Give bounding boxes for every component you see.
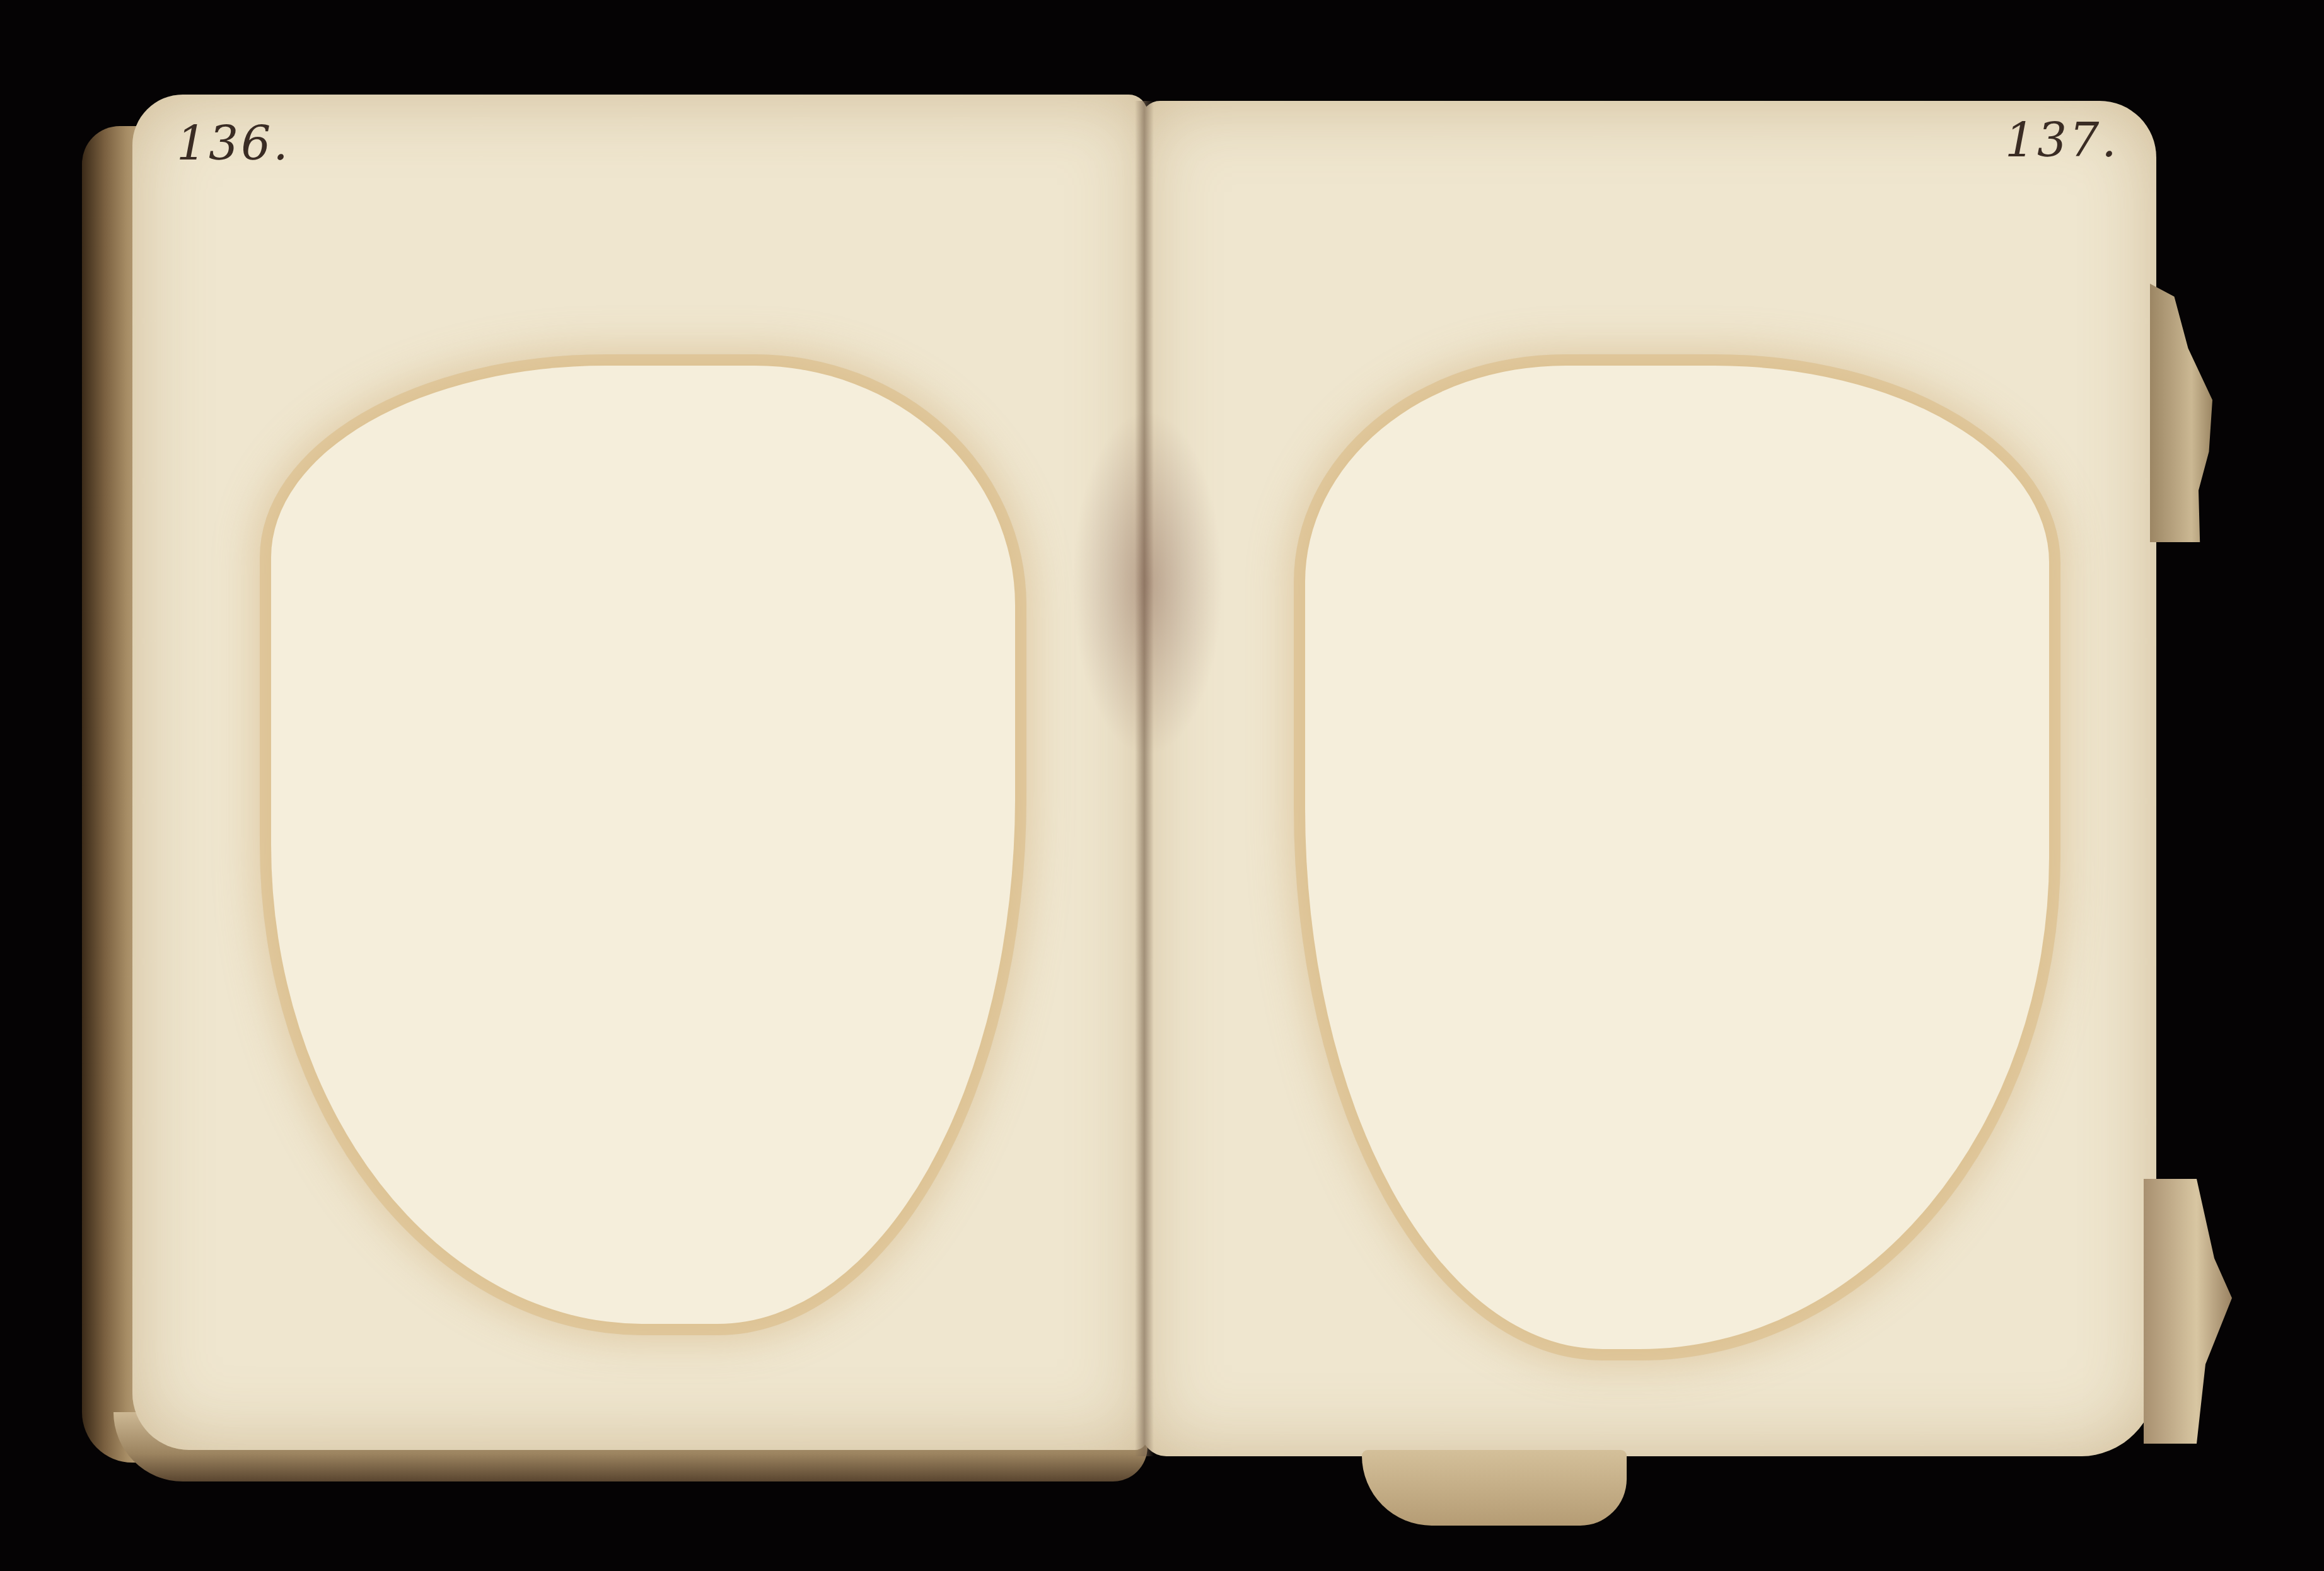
water-stain-right (1305, 366, 2049, 1349)
torn-page-fragment-lower (2144, 1179, 2232, 1444)
gutter-stain (1072, 410, 1223, 757)
torn-page-fragment-upper (2150, 284, 2219, 542)
page-number-right: 137. (2005, 113, 2119, 168)
page-number-left: 136. (177, 117, 291, 171)
water-stain-left (271, 366, 1015, 1324)
left-page (132, 95, 1147, 1450)
right-page (1141, 101, 2156, 1456)
photo-scene: 136. 137. (0, 0, 2324, 1571)
book-gutter (1135, 101, 1154, 1456)
torn-page-fragment-bottom (1362, 1450, 1627, 1526)
